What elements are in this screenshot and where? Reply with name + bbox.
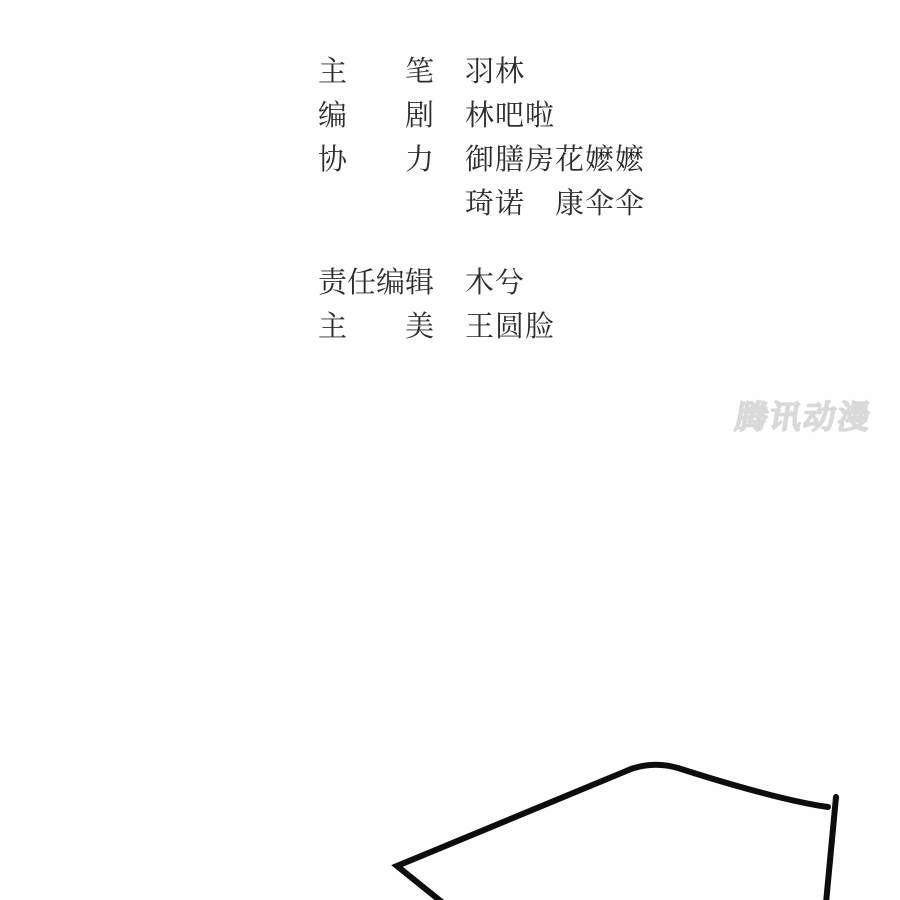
credit-name-value: 羽林 [465,50,525,94]
credits-group-spacer [318,226,645,261]
credit-role-label: 协 力 [318,138,434,182]
comic-page-background: 主 笔 羽林 编 剧 林吧啦 协 力 御膳房花嬷嬷 琦诺 康伞伞 责任编辑 木兮… [0,0,900,900]
credit-row: 责任编辑 木兮 [318,261,645,305]
credit-role-label [318,182,434,226]
credit-role-label: 主 美 [318,305,434,349]
garment-edge-path [826,797,836,900]
credit-name-value: 御膳房花嬷嬷 [465,138,645,182]
credit-name-value: 琦诺 康伞伞 [465,182,645,226]
credit-role-label: 责任编辑 [318,261,434,305]
credit-name-value: 王圆脸 [465,305,555,349]
credit-row: 主 美 王圆脸 [318,305,645,349]
garment-outline-path [397,765,828,900]
credits-block: 主 笔 羽林 编 剧 林吧啦 协 力 御膳房花嬷嬷 琦诺 康伞伞 责任编辑 木兮… [318,50,645,349]
credit-row: 编 剧 林吧啦 [318,94,645,138]
credit-row: 琦诺 康伞伞 [318,182,645,226]
credit-name-value: 林吧啦 [465,94,555,138]
tencent-comics-watermark: 腾讯动漫 [732,392,875,438]
credit-role-label: 编 剧 [318,94,434,138]
credit-role-label: 主 笔 [318,50,434,94]
credit-row: 协 力 御膳房花嬷嬷 [318,138,645,182]
credit-row: 主 笔 羽林 [318,50,645,94]
credit-name-value: 木兮 [465,261,525,305]
